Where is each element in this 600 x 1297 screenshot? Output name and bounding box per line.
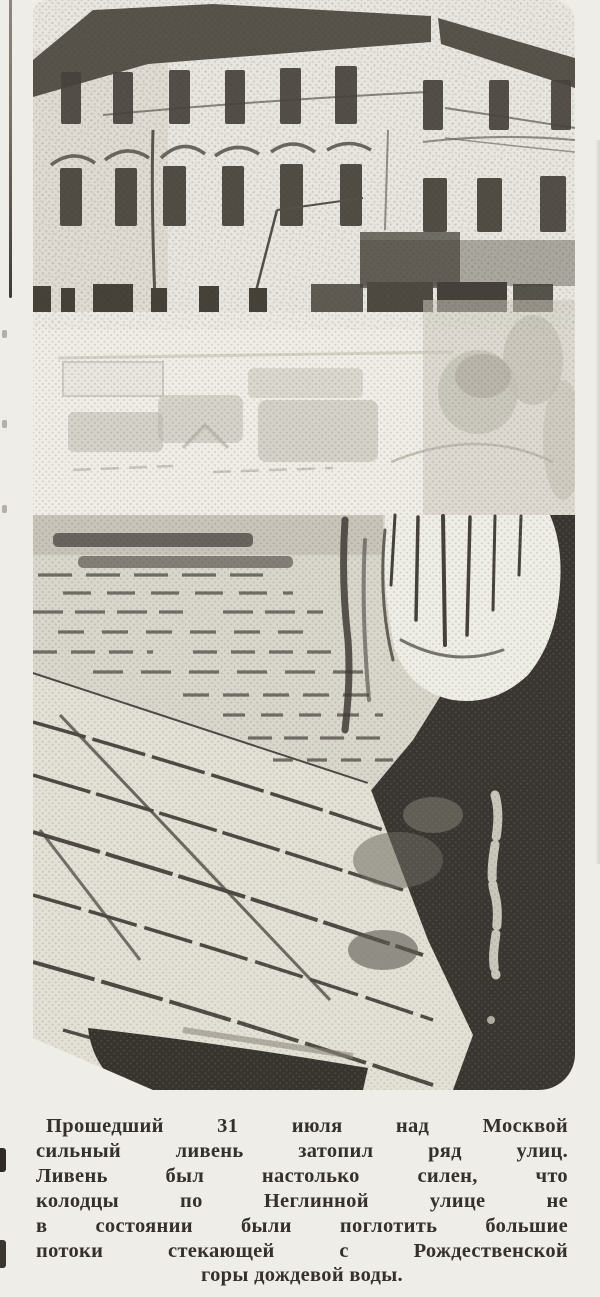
caption-line: Ливень был настолько силен, что xyxy=(36,1164,568,1189)
adjacent-column-edge xyxy=(595,140,600,864)
print-artifact xyxy=(2,330,7,338)
caption-line: колодцы по Неглинной улице не xyxy=(36,1189,568,1214)
caption-line: сильный ливень затопил ряд улиц. xyxy=(36,1139,568,1164)
caption-line: в состоянии были поглотить большие xyxy=(36,1214,568,1239)
caption-line: Прошедший 31 июля над Москвой xyxy=(36,1114,568,1139)
newspaper-photo xyxy=(33,0,575,1090)
print-artifact xyxy=(0,1240,6,1268)
caption-line: потоки стекающей с Рождественской xyxy=(36,1239,568,1264)
left-column-rule xyxy=(9,0,12,298)
print-artifact xyxy=(2,505,7,513)
caption-line: горы дождевой воды. xyxy=(36,1263,568,1288)
photo-caption: Прошедший 31 июля над Москвой сильный ли… xyxy=(36,1114,568,1288)
print-artifact xyxy=(0,1148,6,1172)
halftone-photo-illustration xyxy=(33,0,575,1090)
print-artifact xyxy=(2,420,7,428)
